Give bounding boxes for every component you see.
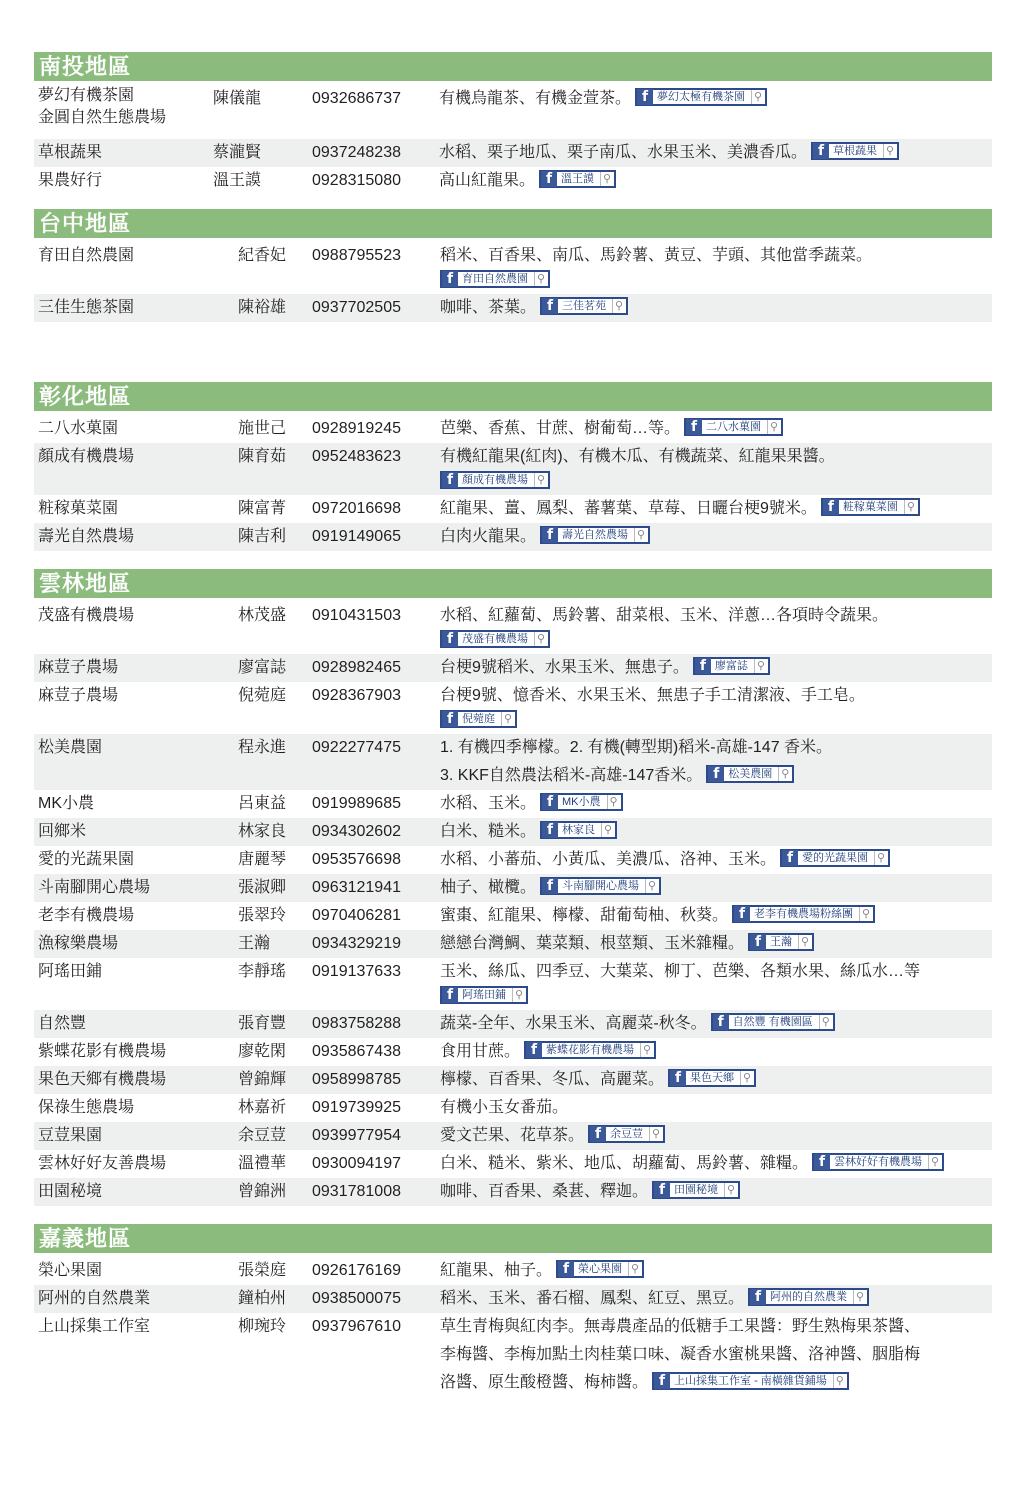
products-text: 咖啡、百香果、桑葚、釋迦。	[440, 1183, 648, 1200]
search-icon: ⚲	[600, 172, 614, 186]
search-icon: ⚲	[928, 1155, 942, 1169]
facebook-page-link[interactable]: f余豆荳⚲	[588, 1125, 665, 1143]
owner-name: 林嘉祈	[238, 1094, 312, 1122]
farm-name: 育田自然農園	[34, 242, 238, 294]
facebook-page-link[interactable]: f夢幻太極有機茶園⚲	[635, 88, 767, 106]
region-header: 雲林地區	[34, 569, 992, 598]
phone-number: 0930094197	[312, 1150, 440, 1178]
facebook-page-link[interactable]: f林家良⚲	[540, 821, 617, 839]
farm-name: 二八水菓園	[34, 415, 238, 443]
facebook-page-name: 愛的光蔬果園	[798, 851, 874, 865]
products: 芭樂、香蕉、甘蔗、樹葡萄…等。f二八水菓園⚲	[440, 415, 992, 443]
farm-name: 雲林好好友善農場	[34, 1150, 238, 1178]
facebook-page-link[interactable]: f倪菀庭⚲	[440, 710, 517, 728]
farm-name: 田園秘境	[34, 1178, 238, 1206]
facebook-page-name: 三佳茗苑	[558, 299, 612, 313]
facebook-page-link[interactable]: f育田自然農園⚲	[440, 270, 550, 288]
products-text: 白米、糙米、紫米、地瓜、胡蘿蔔、馬鈴薯、雜糧。	[440, 1155, 808, 1172]
farm-name: 自然豐	[34, 1010, 238, 1038]
farm-row: 育田自然農園紀香妃0988795523稻米、百香果、南瓜、馬鈴薯、黃豆、芋頭、其…	[34, 242, 992, 294]
facebook-page-name: 田園秘境	[670, 1183, 724, 1197]
farm-row: 上山採集工作室柳琬玲0937967610草生青梅與紅肉李。無毒農產品的低糖手工果…	[34, 1313, 992, 1397]
products: 柚子、橄欖。f斗南腳開心農場⚲	[440, 874, 992, 902]
farm-row: 麻荳子農場倪菀庭0928367903台梗9號、憶香米、水果玉米、無患子手工清潔液…	[34, 682, 992, 734]
phone-number: 0937248238	[312, 139, 439, 167]
region-section: 嘉義地區榮心果園張榮庭0926176169紅龍果、柚子。f榮心果園⚲阿州的自然農…	[34, 1224, 992, 1397]
products-text: 咖啡、茶葉。	[440, 299, 536, 316]
products: 白米、糙米。f林家良⚲	[440, 818, 992, 846]
facebook-page-name: 阿州的自然農業	[766, 1290, 853, 1304]
search-icon: ⚲	[628, 1262, 642, 1276]
search-icon: ⚲	[512, 988, 526, 1002]
search-icon: ⚲	[819, 1015, 833, 1029]
farm-name: 漁稼樂農場	[34, 930, 238, 958]
products-text: 紅龍果、薑、鳳梨、蕃薯葉、草莓、日曬台梗9號米。	[440, 500, 817, 517]
facebook-icon: f	[750, 1289, 766, 1305]
search-icon: ⚲	[833, 1374, 847, 1388]
phone-number: 0972016698	[312, 495, 440, 523]
facebook-page-link[interactable]: f三佳茗苑⚲	[540, 297, 628, 315]
phone-number: 0963121941	[312, 874, 440, 902]
products: 咖啡、茶葉。f三佳茗苑⚲	[440, 294, 992, 322]
facebook-page-name: 自然豐 有機園區	[729, 1015, 819, 1029]
products: 戀戀台灣鯛、葉菜類、根莖類、玉米雜糧。f王瀚⚲	[440, 930, 992, 958]
search-icon: ⚲	[501, 712, 515, 726]
owner-name: 曾錦輝	[238, 1066, 312, 1094]
facebook-page-name: 壽光自然農場	[558, 528, 634, 542]
facebook-page-link[interactable]: f阿州的自然農業⚲	[748, 1288, 869, 1306]
phone-number: 0922277475	[312, 734, 440, 790]
owner-name: 柳琬玲	[238, 1313, 312, 1397]
facebook-page-name: 果色天鄉	[686, 1071, 740, 1085]
farm-name: 回鄉米	[34, 818, 238, 846]
farm-row: 自然豐張育豐0983758288蔬菜-全年、水果玉米、高麗菜-秋冬。f自然豐 有…	[34, 1010, 992, 1038]
products: 玉米、絲瓜、四季豆、大葉菜、柳丁、芭樂、各類水果、絲瓜水…等f阿瑤田鋪⚲	[440, 958, 992, 1010]
products-text: 玉米、絲瓜、四季豆、大葉菜、柳丁、芭樂、各類水果、絲瓜水…等	[440, 963, 920, 980]
search-icon: ⚲	[853, 1290, 867, 1304]
farm-name: 阿瑤田鋪	[34, 958, 238, 1010]
facebook-icon: f	[541, 171, 557, 187]
farm-name: 老李有機農場	[34, 902, 238, 930]
facebook-page-name: 紫蝶花影有機農場	[542, 1043, 640, 1057]
facebook-page-link[interactable]: f粧稼菓菜園⚲	[821, 498, 920, 516]
owner-name: 倪菀庭	[238, 682, 312, 734]
search-icon: ⚲	[859, 907, 873, 921]
search-icon: ⚲	[607, 795, 621, 809]
farm-name: 榮心果園	[34, 1257, 238, 1285]
products: 高山紅龍果。f溫王謨⚲	[439, 167, 992, 195]
owner-name: 呂東益	[238, 790, 312, 818]
products-text: 芭樂、香蕉、甘蔗、樹葡萄…等。	[440, 420, 680, 437]
facebook-icon: f	[782, 850, 798, 866]
facebook-icon: f	[713, 1014, 729, 1030]
facebook-page-name: 余豆荳	[606, 1127, 649, 1141]
farm-name: 豆荳果園	[34, 1122, 238, 1150]
phone-number: 0919137633	[312, 958, 440, 1010]
farm-name: 斗南腳開心農場	[34, 874, 238, 902]
products: 蔬菜-全年、水果玉米、高麗菜-秋冬。f自然豐 有機園區⚲	[440, 1010, 992, 1038]
facebook-page-link[interactable]: f顏成有機農場⚲	[440, 471, 550, 489]
phone-number: 0919739925	[312, 1094, 440, 1122]
owner-name: 陳富菁	[238, 495, 312, 523]
facebook-icon: f	[590, 1126, 606, 1142]
products: 咖啡、百香果、桑葚、釋迦。f田園秘境⚲	[440, 1178, 992, 1206]
facebook-icon: f	[813, 143, 829, 159]
search-icon: ⚲	[649, 1127, 663, 1141]
farm-row: 果農好行溫王謨0928315080高山紅龍果。f溫王謨⚲	[34, 167, 992, 195]
facebook-icon: f	[654, 1182, 670, 1198]
facebook-page-name: 林家良	[558, 823, 601, 837]
farm-name: 麻荳子農場	[34, 654, 238, 682]
products: 台梗9號、憶香米、水果玉米、無患子手工清潔液、手工皂。f倪菀庭⚲	[440, 682, 992, 734]
phone-number: 0928315080	[312, 167, 439, 195]
farm-row: 三佳生態茶園陳裕雄0937702505咖啡、茶葉。f三佳茗苑⚲	[34, 294, 992, 322]
facebook-icon: f	[542, 794, 558, 810]
farm-row: 豆荳果園余豆荳0939977954愛文芒果、花草茶。f余豆荳⚲	[34, 1122, 992, 1150]
phone-number: 0928982465	[312, 654, 440, 682]
products: 紅龍果、薑、鳳梨、蕃薯葉、草莓、日曬台梗9號米。f粧稼菓菜園⚲	[440, 495, 992, 523]
products: 水稻、小蕃茄、小黃瓜、美濃瓜、洛神、玉米。f愛的光蔬果園⚲	[440, 846, 992, 874]
phone-number: 0926176169	[312, 1257, 440, 1285]
farm-row: 回鄉米林家良0934302602白米、糙米。f林家良⚲	[34, 818, 992, 846]
facebook-icon: f	[542, 298, 558, 314]
facebook-page-name: 松美農園	[724, 767, 778, 781]
phone-number: 0919149065	[312, 523, 440, 551]
phone-number: 0937967610	[312, 1313, 440, 1397]
products-text: 有機烏龍茶、有機金萱茶。	[439, 90, 631, 107]
phone-number: 0958998785	[312, 1066, 440, 1094]
products-text: 高山紅龍果。	[439, 172, 535, 189]
phone-number: 0910431503	[312, 602, 440, 654]
products: 水稻、紅蘿蔔、馬鈴薯、甜菜根、玉米、洋蔥…各項時令蔬果。f茂盛有機農場⚲	[440, 602, 992, 654]
products-text: 蔬菜-全年、水果玉米、高麗菜-秋冬。	[440, 1015, 707, 1032]
farm-name: 果農好行	[34, 167, 213, 195]
products-text: 水稻、紅蘿蔔、馬鈴薯、甜菜根、玉米、洋蔥…各項時令蔬果。	[440, 607, 888, 624]
farm-row: 漁稼樂農場王瀚0934329219戀戀台灣鯛、葉菜類、根莖類、玉米雜糧。f王瀚⚲	[34, 930, 992, 958]
owner-name: 陳育茹	[238, 443, 312, 495]
region-section: 台中地區育田自然農園紀香妃0988795523稻米、百香果、南瓜、馬鈴薯、黃豆、…	[34, 209, 992, 322]
farm-name: 愛的光蔬果園	[34, 846, 238, 874]
products-text: 戀戀台灣鯛、葉菜類、根莖類、玉米雜糧。	[440, 935, 744, 952]
facebook-page-link[interactable]: f老李有機農場粉絲團⚲	[732, 905, 875, 923]
products-text: 水稻、栗子地瓜、栗子南瓜、水果玉米、美濃香瓜。	[439, 144, 807, 161]
owner-name: 余豆荳	[238, 1122, 312, 1150]
facebook-icon: f	[558, 1261, 574, 1277]
owner-name: 廖富誌	[238, 654, 312, 682]
farm-row: 雲林好好友善農場溫禮華0930094197白米、糙米、紫米、地瓜、胡蘿蔔、馬鈴薯…	[34, 1150, 992, 1178]
farm-row: 顏成有機農場陳育茹0952483623有機紅龍果(紅肉)、有機木瓜、有機蔬菜、紅…	[34, 443, 992, 495]
products-text: 檸檬、百香果、冬瓜、高麗菜。	[440, 1071, 664, 1088]
farm-name: 上山採集工作室	[34, 1313, 238, 1397]
facebook-icon: f	[734, 906, 750, 922]
region-section: 南投地區夢幻有機茶園 金圓自然生態農場陳儀龍0932686737有機烏龍茶、有機…	[34, 52, 992, 195]
owner-name: 王瀚	[238, 930, 312, 958]
search-icon: ⚲	[883, 144, 897, 158]
phone-number: 0953576698	[312, 846, 440, 874]
facebook-page-name: MK小農	[558, 795, 607, 809]
facebook-page-name: 老李有機農場粉絲團	[750, 907, 859, 921]
products: 白米、糙米、紫米、地瓜、胡蘿蔔、馬鈴薯、雜糧。f雲林好好有機農場⚲	[440, 1150, 992, 1178]
products-text: 白米、糙米。	[440, 823, 536, 840]
farm-name: 壽光自然農場	[34, 523, 238, 551]
products-text: 柚子、橄欖。	[440, 879, 536, 896]
facebook-page-name: 王瀚	[766, 935, 798, 949]
facebook-page-link[interactable]: f茂盛有機農場⚲	[440, 630, 550, 648]
owner-name: 廖乾閑	[238, 1038, 312, 1066]
search-icon: ⚲	[534, 473, 548, 487]
farm-row: 果色天鄉有機農場曾錦輝0958998785檸檬、百香果、冬瓜、高麗菜。f果色天鄉…	[34, 1066, 992, 1094]
products-text: 稻米、百香果、南瓜、馬鈴薯、黃豆、芋頭、其他當季蔬菜。	[440, 247, 872, 264]
facebook-page-name: 草根蔬果	[829, 144, 883, 158]
facebook-icon: f	[695, 658, 711, 674]
farm-row: 粧稼菓菜園陳富菁0972016698紅龍果、薑、鳳梨、蕃薯葉、草莓、日曬台梗9號…	[34, 495, 992, 523]
facebook-icon: f	[442, 472, 458, 488]
search-icon: ⚲	[754, 659, 768, 673]
facebook-page-link[interactable]: f上山採集工作室 - 南橫雜貨鋪場⚲	[652, 1372, 849, 1390]
facebook-icon: f	[670, 1070, 686, 1086]
owner-name: 紀香妃	[238, 242, 312, 294]
farm-row: 麻荳子農場廖富誌0928982465台梗9號稻米、水果玉米、無患子。f廖富誌⚲	[34, 654, 992, 682]
farm-row: 老李有機農場張翠玲0970406281蜜棗、紅龍果、檸檬、甜葡萄柚、秋葵。f老李…	[34, 902, 992, 930]
facebook-icon: f	[814, 1154, 830, 1170]
farm-row: 阿州的自然農業鐘柏州0938500075稻米、玉米、番石榴、鳳梨、紅豆、黑豆。f…	[34, 1285, 992, 1313]
products: 1. 有機四季檸檬。2. 有機(轉型期)稻米-高雄-147 香米。 3. KKF…	[440, 734, 992, 790]
search-icon: ⚲	[645, 879, 659, 893]
farm-row: 二八水菓園施世己0928919245芭樂、香蕉、甘蔗、樹葡萄…等。f二八水菓園⚲	[34, 415, 992, 443]
facebook-page-name: 上山採集工作室 - 南橫雜貨鋪場	[670, 1374, 833, 1388]
facebook-page-name: 粧稼菓菜園	[839, 500, 904, 514]
products: 稻米、玉米、番石榴、鳳梨、紅豆、黑豆。f阿州的自然農業⚲	[440, 1285, 992, 1313]
region-header: 南投地區	[34, 52, 992, 81]
facebook-page-link[interactable]: f自然豐 有機園區⚲	[711, 1013, 835, 1031]
farm-name: 果色天鄉有機農場	[34, 1066, 238, 1094]
search-icon: ⚲	[612, 299, 626, 313]
farm-name: 草根蔬果	[34, 139, 213, 167]
products: 檸檬、百香果、冬瓜、高麗菜。f果色天鄉⚲	[440, 1066, 992, 1094]
farm-row: 松美農園程永進09222774751. 有機四季檸檬。2. 有機(轉型期)稻米-…	[34, 734, 992, 790]
facebook-icon: f	[823, 499, 839, 515]
phone-number: 0938500075	[312, 1285, 440, 1313]
farm-row: 夢幻有機茶園 金圓自然生態農場陳儀龍0932686737有機烏龍茶、有機金萱茶。…	[34, 85, 992, 139]
phone-number: 0932686737	[312, 85, 439, 129]
products-text: 水稻、小蕃茄、小黃瓜、美濃瓜、洛神、玉米。	[440, 851, 776, 868]
facebook-page-link[interactable]: f阿瑤田鋪⚲	[440, 986, 528, 1004]
search-icon: ⚲	[534, 632, 548, 646]
owner-name: 張淑卿	[238, 874, 312, 902]
phone-number: 0937702505	[312, 294, 440, 322]
products: 有機小玉女番茄。	[440, 1094, 992, 1122]
products-text: 有機紅龍果(紅肉)、有機木瓜、有機蔬菜、紅龍果果醬。	[440, 448, 835, 465]
farm-name: 夢幻有機茶園 金圓自然生態農場	[34, 85, 213, 129]
search-icon: ⚲	[904, 500, 918, 514]
products: 有機紅龍果(紅肉)、有機木瓜、有機蔬菜、紅龍果果醬。f顏成有機農場⚲	[440, 443, 992, 495]
facebook-icon: f	[750, 934, 766, 950]
products: 草生青梅與紅肉李。無毒農產品的低糖手工果醬：野生熟梅果茶醬、 李梅醬、李梅加點土…	[440, 1313, 992, 1397]
farm-row: 阿瑤田鋪李靜瑤0919137633玉米、絲瓜、四季豆、大葉菜、柳丁、芭樂、各類水…	[34, 958, 992, 1010]
farm-row: 愛的光蔬果園唐麗琴0953576698水稻、小蕃茄、小黃瓜、美濃瓜、洛神、玉米。…	[34, 846, 992, 874]
owner-name: 溫王謨	[213, 167, 312, 195]
farm-row: 田園秘境曾錦洲0931781008咖啡、百香果、桑葚、釋迦。f田園秘境⚲	[34, 1178, 992, 1206]
facebook-page-link[interactable]: f果色天鄉⚲	[668, 1069, 756, 1087]
facebook-page-name: 夢幻太極有機茶園	[653, 90, 751, 104]
farm-name: 阿州的自然農業	[34, 1285, 238, 1313]
products: 水稻、栗子地瓜、栗子南瓜、水果玉米、美濃香瓜。f草根蔬果⚲	[439, 139, 992, 167]
phone-number: 0934329219	[312, 930, 440, 958]
region-header: 台中地區	[34, 209, 992, 238]
products: 愛文芒果、花草茶。f余豆荳⚲	[440, 1122, 992, 1150]
farm-directory: 南投地區夢幻有機茶園 金圓自然生態農場陳儀龍0932686737有機烏龍茶、有機…	[34, 52, 992, 1397]
farm-row: 榮心果園張榮庭0926176169紅龍果、柚子。f榮心果園⚲	[34, 1257, 992, 1285]
region-header: 嘉義地區	[34, 1224, 992, 1253]
facebook-page-name: 雲林好好有機農場	[830, 1155, 928, 1169]
facebook-page-link[interactable]: f愛的光蔬果園⚲	[780, 849, 890, 867]
facebook-page-name: 斗南腳開心農場	[558, 879, 645, 893]
products-text: 食用甘蔗。	[440, 1043, 520, 1060]
owner-name: 蔡瀧賢	[213, 139, 312, 167]
products: 水稻、玉米。fMK小農⚲	[440, 790, 992, 818]
facebook-icon: f	[442, 711, 458, 727]
owner-name: 林茂盛	[238, 602, 312, 654]
farm-name: 粧稼菓菜園	[34, 495, 238, 523]
facebook-page-link[interactable]: f壽光自然農場⚲	[540, 526, 650, 544]
facebook-page-name: 廖富誌	[711, 659, 754, 673]
products-text: 稻米、玉米、番石榴、鳳梨、紅豆、黑豆。	[440, 1290, 744, 1307]
owner-name: 施世己	[238, 415, 312, 443]
products: 台梗9號稻米、水果玉米、無患子。f廖富誌⚲	[440, 654, 992, 682]
products-text: 愛文芒果、花草茶。	[440, 1127, 584, 1144]
phone-number: 0935867438	[312, 1038, 440, 1066]
facebook-page-link[interactable]: f榮心果園⚲	[556, 1260, 644, 1278]
products: 白肉火龍果。f壽光自然農場⚲	[440, 523, 992, 551]
farm-row: 斗南腳開心農場張淑卿0963121941柚子、橄欖。f斗南腳開心農場⚲	[34, 874, 992, 902]
phone-number: 0934302602	[312, 818, 440, 846]
facebook-page-name: 二八水菓園	[702, 420, 767, 434]
search-icon: ⚲	[601, 823, 615, 837]
search-icon: ⚲	[534, 272, 548, 286]
owner-name: 唐麗琴	[238, 846, 312, 874]
facebook-page-link[interactable]: f斗南腳開心農場⚲	[540, 877, 661, 895]
products-text: 水稻、玉米。	[440, 795, 536, 812]
facebook-page-name: 茂盛有機農場	[458, 632, 534, 646]
phone-number: 0919989685	[312, 790, 440, 818]
facebook-icon: f	[526, 1042, 542, 1058]
farm-name: 顏成有機農場	[34, 443, 238, 495]
search-icon: ⚲	[724, 1183, 738, 1197]
facebook-page-name: 榮心果園	[574, 1262, 628, 1276]
owner-name: 程永進	[238, 734, 312, 790]
farm-row: 紫蝶花影有機農場廖乾閑0935867438食用甘蔗。f紫蝶花影有機農場⚲	[34, 1038, 992, 1066]
farm-name: MK小農	[34, 790, 238, 818]
products-text: 白肉火龍果。	[440, 528, 536, 545]
search-icon: ⚲	[740, 1071, 754, 1085]
search-icon: ⚲	[798, 935, 812, 949]
facebook-icon: f	[442, 631, 458, 647]
facebook-page-name: 育田自然農園	[458, 272, 534, 286]
facebook-page-link[interactable]: f草根蔬果⚲	[811, 142, 899, 160]
facebook-page-link[interactable]: f雲林好好有機農場⚲	[812, 1153, 944, 1171]
facebook-page-link[interactable]: f王瀚⚲	[748, 933, 814, 951]
farm-name: 保祿生態農場	[34, 1094, 238, 1122]
region-header: 彰化地區	[34, 382, 992, 411]
farm-row: 壽光自然農場陳吉利0919149065白肉火龍果。f壽光自然農場⚲	[34, 523, 992, 551]
facebook-icon: f	[442, 271, 458, 287]
owner-name: 李靜瑤	[238, 958, 312, 1010]
products-text: 紅龍果、柚子。	[440, 1262, 552, 1279]
facebook-icon: f	[542, 878, 558, 894]
farm-row: MK小農呂東益0919989685水稻、玉米。fMK小農⚲	[34, 790, 992, 818]
owner-name: 林家良	[238, 818, 312, 846]
facebook-icon: f	[708, 766, 724, 782]
facebook-page-link[interactable]: f廖富誌⚲	[693, 657, 770, 675]
phone-number: 0939977954	[312, 1122, 440, 1150]
owner-name: 陳裕雄	[238, 294, 312, 322]
phone-number: 0928367903	[312, 682, 440, 734]
facebook-page-name: 阿瑤田鋪	[458, 988, 512, 1002]
facebook-page-name: 顏成有機農場	[458, 473, 534, 487]
search-icon: ⚲	[874, 851, 888, 865]
farm-row: 草根蔬果蔡瀧賢0937248238水稻、栗子地瓜、栗子南瓜、水果玉米、美濃香瓜。…	[34, 139, 992, 167]
farm-row: 保祿生態農場林嘉祈0919739925有機小玉女番茄。	[34, 1094, 992, 1122]
phone-number: 0983758288	[312, 1010, 440, 1038]
products-text: 台梗9號、憶香米、水果玉米、無患子手工清潔液、手工皂。	[440, 687, 865, 704]
owner-name: 曾錦洲	[238, 1178, 312, 1206]
products-text: 蜜棗、紅龍果、檸檬、甜葡萄柚、秋葵。	[440, 907, 728, 924]
region-section: 雲林地區茂盛有機農場林茂盛0910431503水稻、紅蘿蔔、馬鈴薯、甜菜根、玉米…	[34, 569, 992, 1206]
facebook-icon: f	[637, 89, 653, 105]
farm-name: 麻荳子農場	[34, 682, 238, 734]
farm-name: 紫蝶花影有機農場	[34, 1038, 238, 1066]
phone-number: 0931781008	[312, 1178, 440, 1206]
search-icon: ⚲	[751, 90, 765, 104]
facebook-page-link[interactable]: fMK小農⚲	[540, 793, 623, 811]
farm-name: 茂盛有機農場	[34, 602, 238, 654]
products: 稻米、百香果、南瓜、馬鈴薯、黃豆、芋頭、其他當季蔬菜。f育田自然農園⚲	[440, 242, 992, 294]
facebook-page-name: 倪菀庭	[458, 712, 501, 726]
owner-name: 張翠玲	[238, 902, 312, 930]
facebook-page-name: 溫王謨	[557, 172, 600, 186]
products: 食用甘蔗。f紫蝶花影有機農場⚲	[440, 1038, 992, 1066]
products-text: 台梗9號稻米、水果玉米、無患子。	[440, 659, 689, 676]
search-icon: ⚲	[767, 420, 781, 434]
products-text: 有機小玉女番茄。	[440, 1099, 568, 1116]
owner-name: 溫禮華	[238, 1150, 312, 1178]
facebook-page-link[interactable]: f紫蝶花影有機農場⚲	[524, 1041, 656, 1059]
owner-name: 張育豐	[238, 1010, 312, 1038]
search-icon: ⚲	[640, 1043, 654, 1057]
products: 有機烏龍茶、有機金萱茶。f夢幻太極有機茶園⚲	[439, 85, 992, 129]
owner-name: 陳儀龍	[213, 85, 312, 129]
phone-number: 0988795523	[312, 242, 440, 294]
facebook-page-link[interactable]: f二八水菓園⚲	[684, 418, 783, 436]
facebook-icon: f	[686, 419, 702, 435]
facebook-page-link[interactable]: f田園秘境⚲	[652, 1181, 740, 1199]
farm-row: 茂盛有機農場林茂盛0910431503水稻、紅蘿蔔、馬鈴薯、甜菜根、玉米、洋蔥……	[34, 602, 992, 654]
products: 紅龍果、柚子。f榮心果園⚲	[440, 1257, 992, 1285]
phone-number: 0952483623	[312, 443, 440, 495]
region-section: 彰化地區二八水菓園施世己0928919245芭樂、香蕉、甘蔗、樹葡萄…等。f二八…	[34, 382, 992, 551]
facebook-icon: f	[442, 987, 458, 1003]
facebook-page-link[interactable]: f溫王謨⚲	[539, 170, 616, 188]
phone-number: 0970406281	[312, 902, 440, 930]
facebook-page-link[interactable]: f松美農園⚲	[706, 765, 794, 783]
owner-name: 陳吉利	[238, 523, 312, 551]
facebook-icon: f	[654, 1373, 670, 1389]
phone-number: 0928919245	[312, 415, 440, 443]
products: 蜜棗、紅龍果、檸檬、甜葡萄柚、秋葵。f老李有機農場粉絲團⚲	[440, 902, 992, 930]
facebook-icon: f	[542, 822, 558, 838]
owner-name: 張榮庭	[238, 1257, 312, 1285]
search-icon: ⚲	[634, 528, 648, 542]
